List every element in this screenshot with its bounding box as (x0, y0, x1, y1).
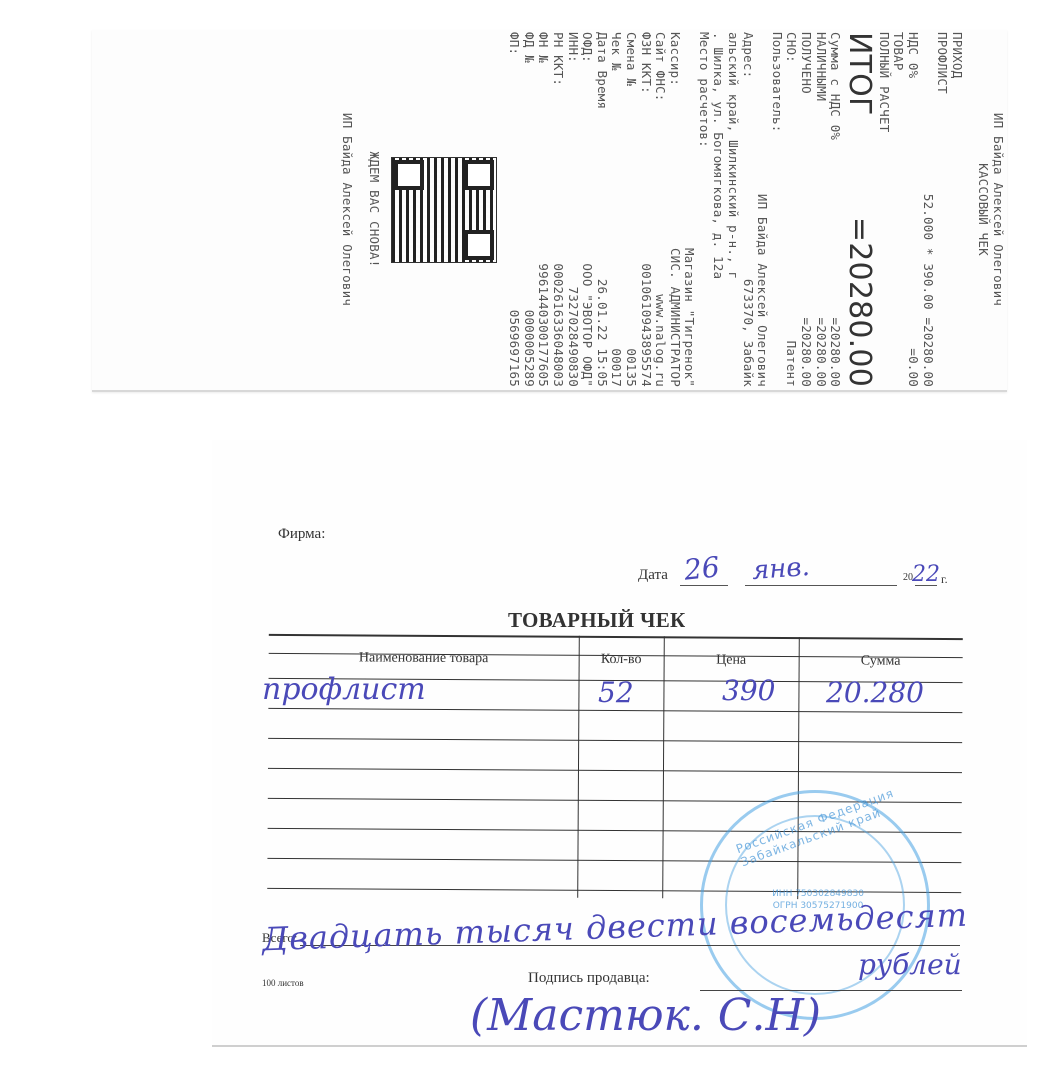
date-month-handwritten: янв. (751, 552, 811, 586)
receipt-field: Сайт ФНС:www.nalog.ru (653, 32, 668, 387)
column-header-name: Наименование товара (269, 650, 579, 668)
cash-receipt-content: ИП Байда Алексей Олегович КАССОВЫЙ ЧЕК П… (339, 32, 1005, 387)
receipt-operation: ПРИХОД (949, 32, 964, 387)
date-year-handwritten: 22 (912, 562, 940, 587)
receipt-place-label: Место расчетов: (696, 32, 711, 387)
receipt-field: ОФД:ООО "ЭВОТОР ОФД" (580, 32, 595, 387)
seller-signature-handwritten: (Мастюк. С.Н) (470, 990, 821, 1041)
receipt-item-calc: 52.000 * 390.00 =20280.00 (920, 32, 935, 387)
receipt-field: Смена №00135 (623, 32, 638, 387)
date-day-handwritten: 26 (682, 550, 721, 587)
receipt-field: ФЗН ККТ:0010610943895574 (638, 32, 653, 387)
receipt-address-cont: альский край, Шилкинский р-н., г (726, 32, 741, 387)
receipt-vat: НДС 0% =0.00 (905, 32, 920, 387)
receipt-footer-seller: ИП Байда Алексей Олегович (339, 32, 354, 387)
receipt-seller: ИП Байда Алексей Олегович (990, 32, 1005, 387)
firm-label: Фирма: (278, 526, 325, 543)
receipt-line: НАЛИЧНЫМИ=20280.00 (813, 32, 828, 387)
receipt-doc-type: КАССОВЫЙ ЧЕК (976, 32, 991, 387)
year-suffix: г. (941, 572, 948, 587)
receipt-field: Дата Время26.01.22 15:05 (594, 32, 609, 387)
receipt-line: СНО:Патент (784, 32, 799, 387)
receipt-total: ИТОГ =20280.00 (842, 32, 876, 387)
receipt-field: РН ККТ:0002616336048003 (550, 32, 565, 387)
receipt-address: Адрес:673370, Забайк (740, 32, 755, 387)
date-month-line (745, 585, 897, 586)
receipt-field: ФП:0569697165 (507, 32, 522, 387)
receipt-item-type: ТОВАР (891, 32, 906, 387)
slip-title: ТОВАРНЫЙ ЧЕК (508, 608, 686, 633)
receipt-user-value: ИП Байда Алексей Олегович (755, 32, 770, 387)
qr-code-icon (391, 157, 497, 263)
row-item-sum: 20.280 (826, 676, 924, 709)
column-header-qty: Кол-во (579, 652, 664, 669)
receipt-field: ФД №0000005289 (521, 32, 536, 387)
row-item-price: 390 (722, 674, 775, 707)
receipt-field: ИНН:7327028490830 (565, 32, 580, 387)
receipt-field: Кассир:СИС. АДМИНИСТРАТОР (667, 32, 682, 387)
receipt-line: Сумма с НДС 0%=20280.00 (828, 32, 843, 387)
receipt-field: Чек №00017 (609, 32, 624, 387)
receipt-item-name: ПРОФЛИСТ (935, 32, 950, 387)
receipt-field: ФН №9961440300177605 (536, 32, 551, 387)
row-item-name: профлист (262, 672, 426, 707)
column-header-sum: Сумма (799, 653, 963, 670)
sheets-note: 100 листов (262, 978, 304, 988)
column-header-price: Цена (664, 652, 799, 669)
signature-label: Подпись продавца: (528, 970, 650, 987)
receipt-payment-mode: ПОЛНЫЙ РАСЧЕТ (876, 32, 891, 387)
total-in-words-cont-handwritten: рублей (858, 948, 962, 981)
receipt-farewell: ЖДЕМ ВАС СНОВА! (366, 32, 381, 387)
date-label: Дата (638, 567, 668, 584)
row-item-qty: 52 (598, 676, 634, 709)
receipt-line: ПОЛУЧЕНО=20280.00 (798, 32, 813, 387)
receipt-address-cont: . Шилка, ул. Богомягкова, д. 12а (711, 32, 726, 387)
receipt-place-value: Магазин "Тигренок" (682, 32, 697, 387)
receipt-user-label: Пользователь: (769, 32, 784, 387)
